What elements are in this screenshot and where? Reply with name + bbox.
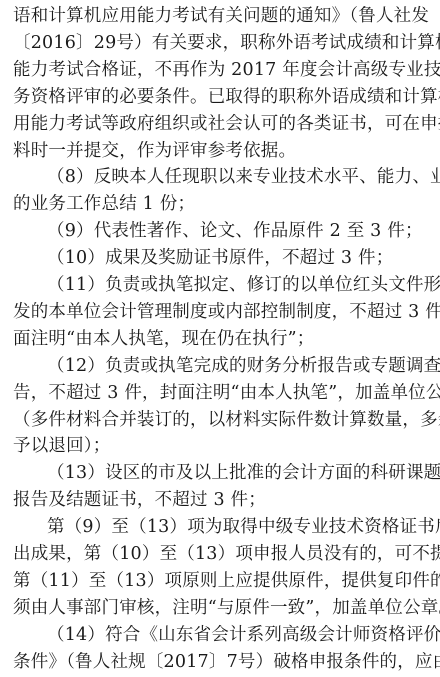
- text-line: 须由人事部门审核，注明“与原件一致”，加盖单位公章。: [13, 594, 429, 622]
- text-line: 语和计算机应用能力考试有关问题的通知》（鲁人社发: [13, 2, 429, 30]
- paragraph-first-line: （8）反映本人任现职以来专业技术水平、能力、业绩: [47, 163, 429, 191]
- text-line: 能力考试合格证，不再作为 2017 年度会计高级专业技术职: [13, 56, 429, 84]
- paragraph-first-line: （10）成果及奖励证书原件，不超过 3 件；: [47, 244, 429, 272]
- paragraph-first-line: （14）符合《山东省会计系列高级会计师资格评价标准: [47, 621, 429, 649]
- text-line: 的业务工作总结 1 份；: [13, 190, 429, 218]
- text-line: 条件》（鲁人社规〔2017〕7号）破格申报条件的，应由工作: [13, 648, 429, 676]
- text-line: 料时一并提交，作为评审参考依据。: [13, 137, 429, 165]
- text-line: 发的本单位会计管理制度或内部控制制度，不超过 3 件，封: [13, 298, 429, 326]
- text-line: 务资格评审的必要条件。已取得的职称外语成绩和计算机应: [13, 83, 429, 111]
- document-page: 语和计算机应用能力考试有关问题的通知》（鲁人社发〔2016〕29号）有关要求，职…: [0, 0, 440, 677]
- text-line: 面注明“由本人执笔，现在仍在执行”；: [13, 325, 429, 353]
- text-line: （多件材料合并装订的，以材料实际件数计算数量，多余的: [13, 406, 429, 434]
- text-line: 告，不超过 3 件，封面注明“由本人执笔”，加盖单位公章: [13, 379, 429, 407]
- paragraph-first-line: （9）代表性著作、论文、作品原件 2 至 3 件；: [47, 217, 429, 245]
- paragraph-first-line: （12）负责或执笔完成的财务分析报告或专题调查报: [47, 352, 429, 380]
- paragraph-first-line: （13）设区的市及以上批准的会计方面的科研课题结题: [47, 459, 429, 487]
- paragraph-first-line: （11）负责或执笔拟定、修订的以单位红头文件形式印: [47, 271, 429, 299]
- text-line: 〔2016〕29号）有关要求，职称外语考试成绩和计算机应用: [13, 29, 429, 57]
- text-line: 予以退回）；: [13, 432, 429, 460]
- text-line: 用能力考试等政府组织或社会认可的各类证书，可在申报材: [13, 110, 429, 138]
- text-line: 第（11）至（13）项原则上应提供原件，提供复印件的，必: [13, 567, 429, 595]
- text-line: 报告及结题证书，不超过 3 件；: [13, 486, 429, 514]
- paragraph-first-line: 第（9）至（13）项为取得中级专业技术资格证书后所: [47, 513, 429, 541]
- text-line: 出成果，第（10）至（13）项申报人员没有的，可不提供。: [13, 540, 429, 568]
